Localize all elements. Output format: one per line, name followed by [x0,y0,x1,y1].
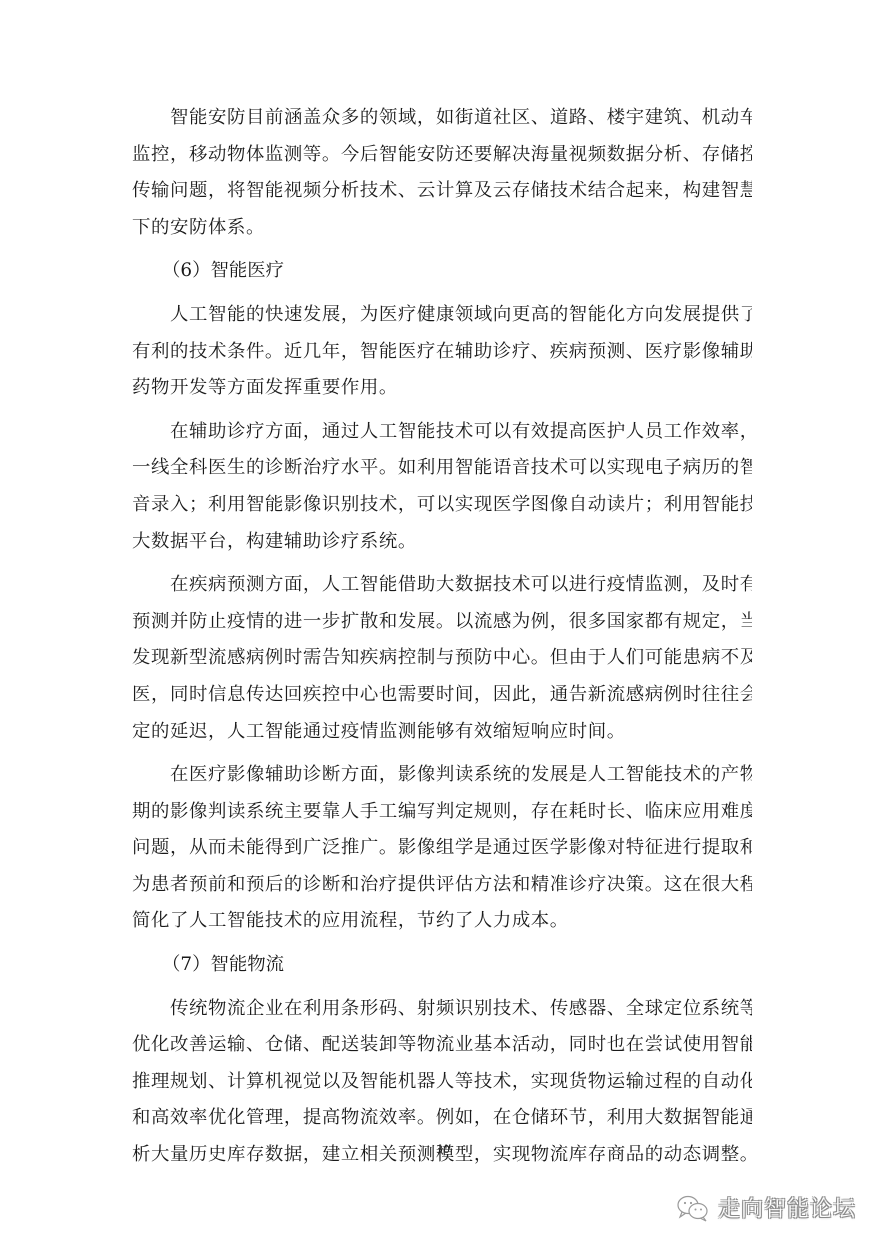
text-line: 医，同时信息传达回疾控中心也需要时间，因此，通告新流感病例时往往会有一 [132,677,752,714]
watermark-text: 走向智能论坛 [718,1192,856,1223]
text-line: 在疾病预测方面，人工智能借助大数据技术可以进行疫情监测，及时有效地 [132,567,752,604]
text-line: 智能安防目前涵盖众多的领域，如街道社区、道路、楼宇建筑、机动车辆的 [132,100,752,137]
wechat-icon [676,1194,710,1222]
text-line: 音录入；利用智能影像识别技术，可以实现医学图像自动读片；利用智能技术和 [132,487,752,524]
text-line: 药物开发等方面发挥重要作用。 [132,370,752,407]
text-line: 为患者预前和预后的诊断和治疗提供评估方法和精准诊疗决策。这在很大程度上 [132,867,752,904]
text-line: 简化了人工智能技术的应用流程，节约了人力成本。 [132,903,752,940]
text-line: 一线全科医生的诊断治疗水平。如利用智能语音技术可以实现电子病历的智能语 [132,450,752,487]
watermark: 走向智能论坛 [676,1192,856,1223]
text-line: 优化改善运输、仓储、配送装卸等物流业基本活动，同时也在尝试使用智能搜索、 [132,1027,752,1064]
paragraph-healthcare-intro: 人工智能的快速发展，为医疗健康领域向更高的智能化方向发展提供了非常 有利的技术条… [132,297,752,407]
text-line: 人工智能的快速发展，为医疗健康领域向更高的智能化方向发展提供了非常 [132,297,752,334]
text-line: 大数据平台，构建辅助诊疗系统。 [132,524,752,561]
text-line: 预测并防止疫情的进一步扩散和发展。以流感为例，很多国家都有规定，当医生 [132,604,752,641]
text-line: 和高效率优化管理，提高物流效率。例如，在仓储环节，利用大数据智能通过分 [132,1100,752,1137]
text-line: 监控，移动物体监测等。今后智能安防还要解决海量视频数据分析、存储控制及 [132,137,752,174]
paragraph-intelligent-security: 智能安防目前涵盖众多的领域，如街道社区、道路、楼宇建筑、机动车辆的 监控，移动物… [132,100,752,246]
text-line: 有利的技术条件。近几年，智能医疗在辅助诊疗、疾病预测、医疗影像辅助诊断、 [132,334,752,371]
page-content: 智能安防目前涵盖众多的领域，如街道社区、道路、楼宇建筑、机动车辆的 监控，移动物… [132,100,752,1174]
text-line: 传输问题，将智能视频分析技术、云计算及云存储技术结合起来，构建智慧城市 [132,173,752,210]
section-heading-smart-logistics: （7）智能物流 [132,947,752,984]
text-line: 在医疗影像辅助诊断方面，影像判读系统的发展是人工智能技术的产物。早 [132,757,752,794]
text-line: 推理规划、计算机视觉以及智能机器人等技术，实现货物运输过程的自动化运作 [132,1064,752,1101]
document-page: 智能安防目前涵盖众多的领域，如街道社区、道路、楼宇建筑、机动车辆的 监控，移动物… [0,0,881,1245]
text-line: 问题，从而未能得到广泛推广。影像组学是通过医学影像对特征进行提取和分析， [132,830,752,867]
text-line: 在辅助诊疗方面，通过人工智能技术可以有效提高医护人员工作效率，提升 [132,414,752,451]
text-line: 下的安防体系。 [132,210,752,247]
paragraph-disease-prediction: 在疾病预测方面，人工智能借助大数据技术可以进行疫情监测，及时有效地 预测并防止疫… [132,567,752,750]
paragraph-medical-imaging: 在医疗影像辅助诊断方面，影像判读系统的发展是人工智能技术的产物。早 期的影像判读… [132,757,752,940]
section-heading-smart-healthcare: （6）智能医疗 [132,253,752,290]
text-line: 定的延迟，人工智能通过疫情监测能够有效缩短响应时间。 [132,714,752,751]
page-number: 30 [436,1143,450,1156]
text-line: 期的影像判读系统主要靠人手工编写判定规则，存在耗时长、临床应用难度大等 [132,794,752,831]
text-line: 传统物流企业在利用条形码、射频识别技术、传感器、全球定位系统等方面 [132,991,752,1028]
text-line: 发现新型流感病例时需告知疾病控制与预防中心。但由于人们可能患病不及时就 [132,640,752,677]
paragraph-assisted-diagnosis: 在辅助诊疗方面，通过人工智能技术可以有效提高医护人员工作效率，提升 一线全科医生… [132,414,752,560]
